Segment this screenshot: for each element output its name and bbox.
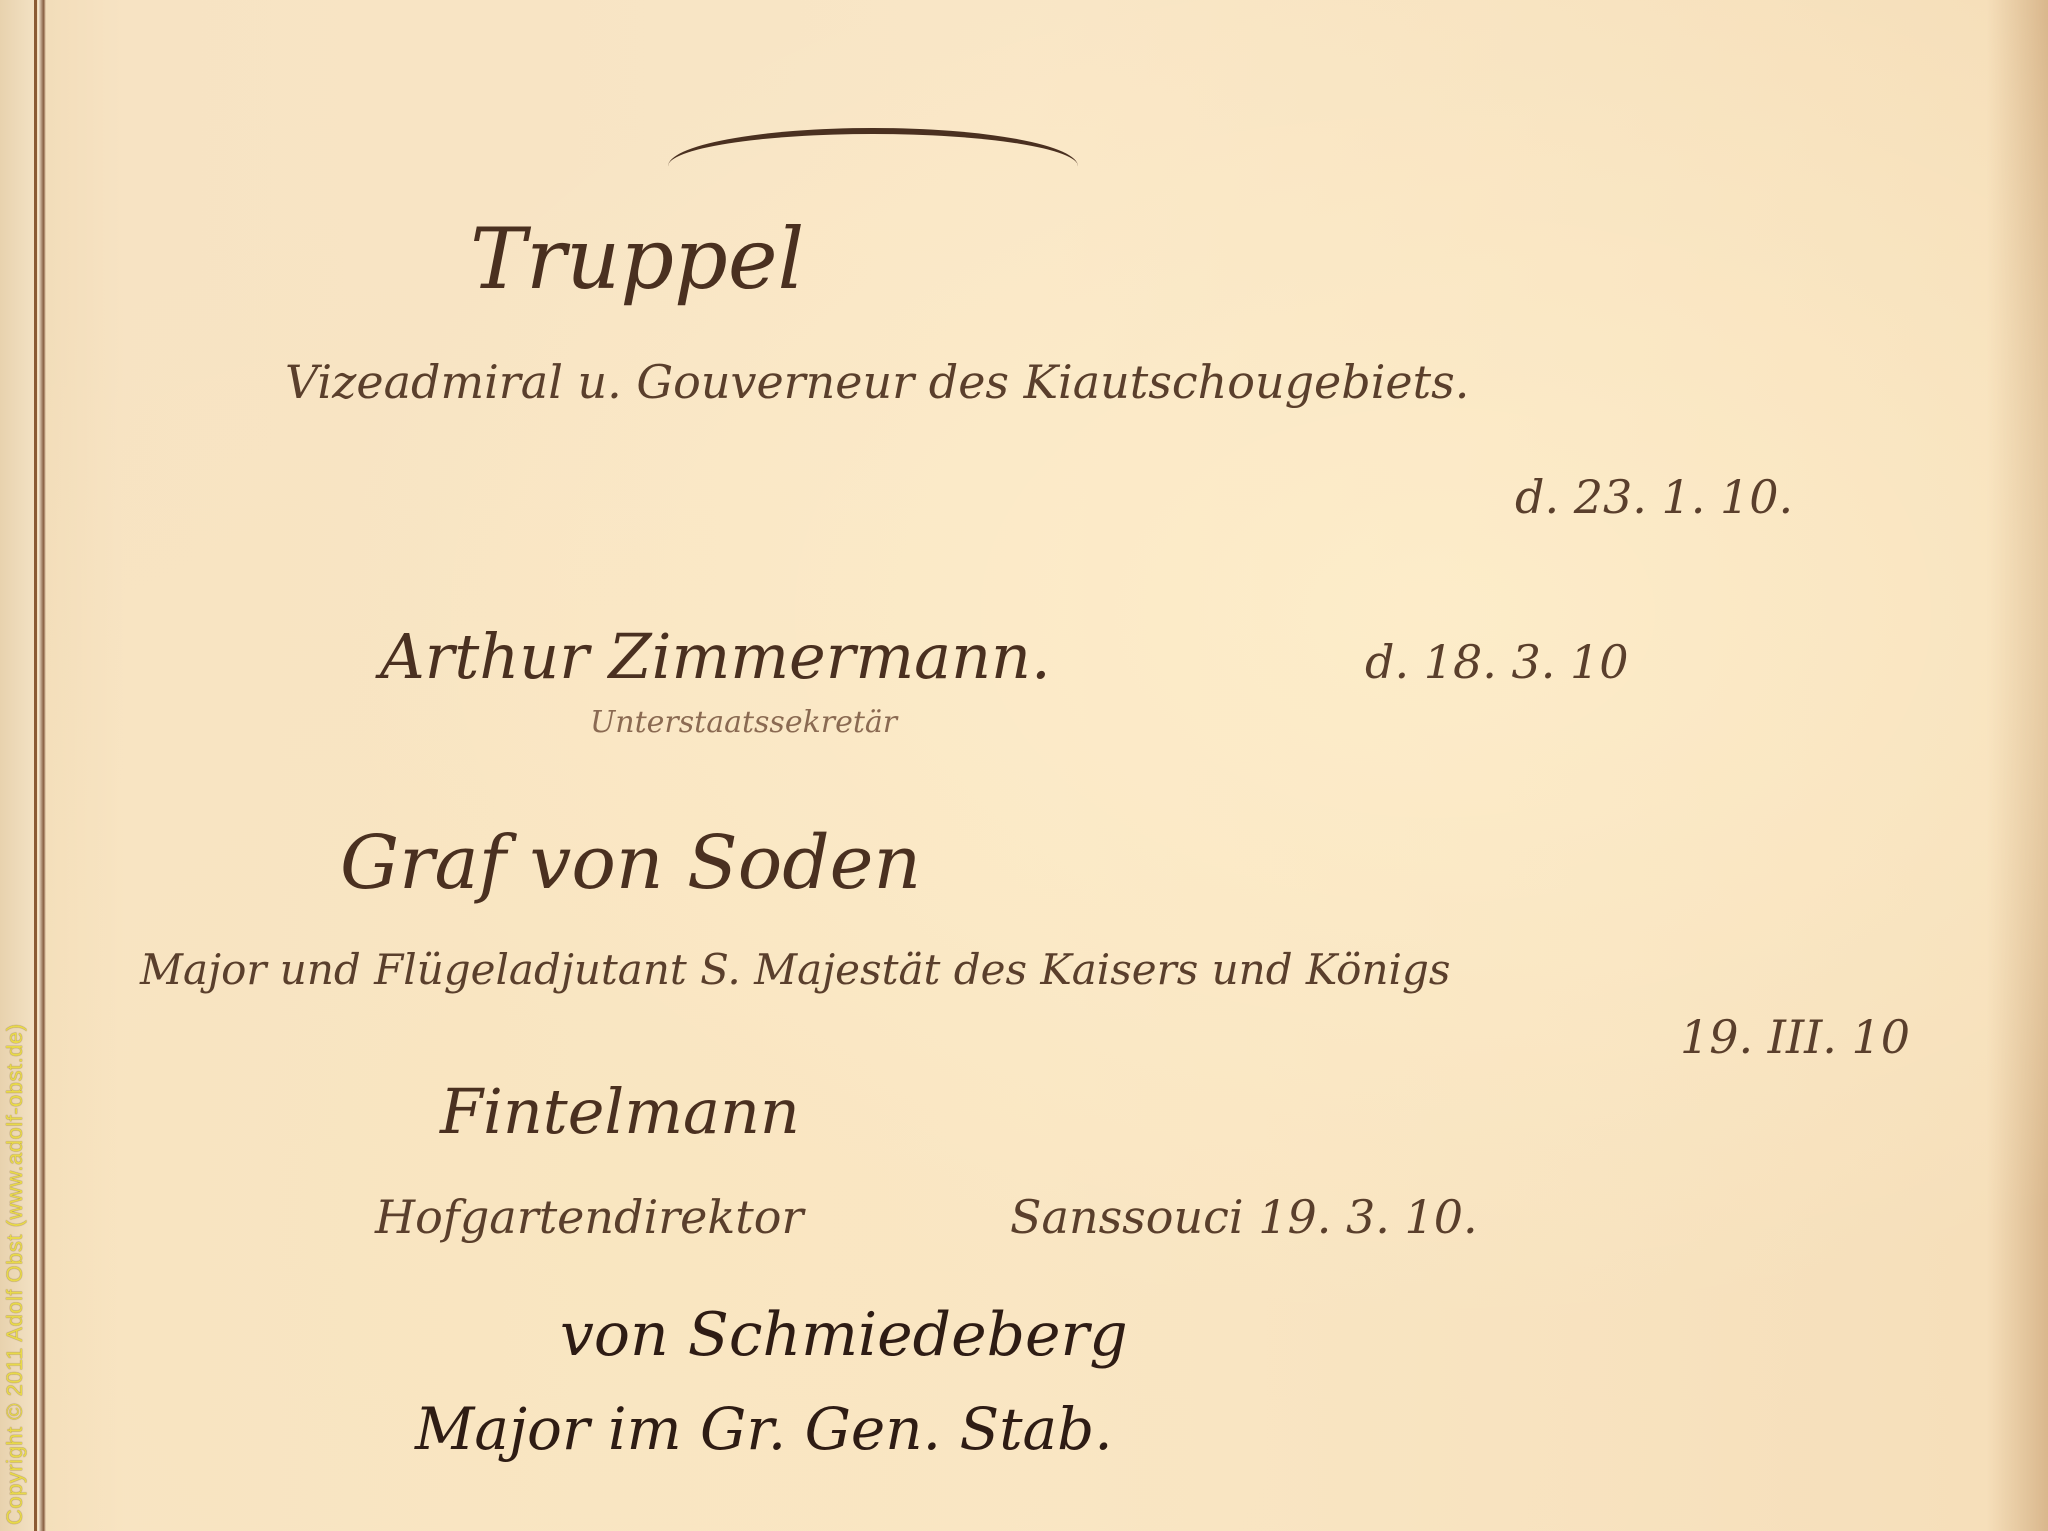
entry-4-place-date: Sanssouci 19. 3. 10.	[1010, 1190, 1478, 1244]
entry-1-title: Vizeadmiral u. Gouverneur des Kiautschou…	[285, 355, 1469, 409]
entry-2-title: Unterstaatssekretär	[590, 705, 897, 740]
album-page: Copyright © 2011 Adolf Obst (www.adolf-o…	[0, 0, 2048, 1531]
entry-3-date: 19. III. 10	[1680, 1010, 1910, 1064]
entry-5-title: Major im Gr. Gen. Stab.	[415, 1395, 1113, 1463]
torn-page-edge	[38, 0, 46, 1531]
spine-line	[34, 0, 37, 1531]
signature-flourish	[668, 128, 1078, 174]
entry-1-signature: Truppel	[470, 210, 804, 308]
entry-3-title: Major und Flügeladjutant S. Majestät des…	[140, 945, 1450, 994]
entry-4-signature: Fintelmann	[440, 1075, 800, 1148]
entry-5-signature: von Schmiedeberg	[560, 1300, 1128, 1370]
entry-2-date: d. 18. 3. 10	[1365, 635, 1629, 689]
entry-3-signature: Graf von Soden	[340, 820, 921, 906]
copyright-watermark: Copyright © 2011 Adolf Obst (www.adolf-o…	[2, 1023, 28, 1525]
entry-1-date: d. 23. 1. 10.	[1515, 470, 1793, 524]
entry-2-signature: Arthur Zimmermann.	[380, 620, 1051, 693]
entry-4-title: Hofgartendirektor	[375, 1190, 803, 1244]
